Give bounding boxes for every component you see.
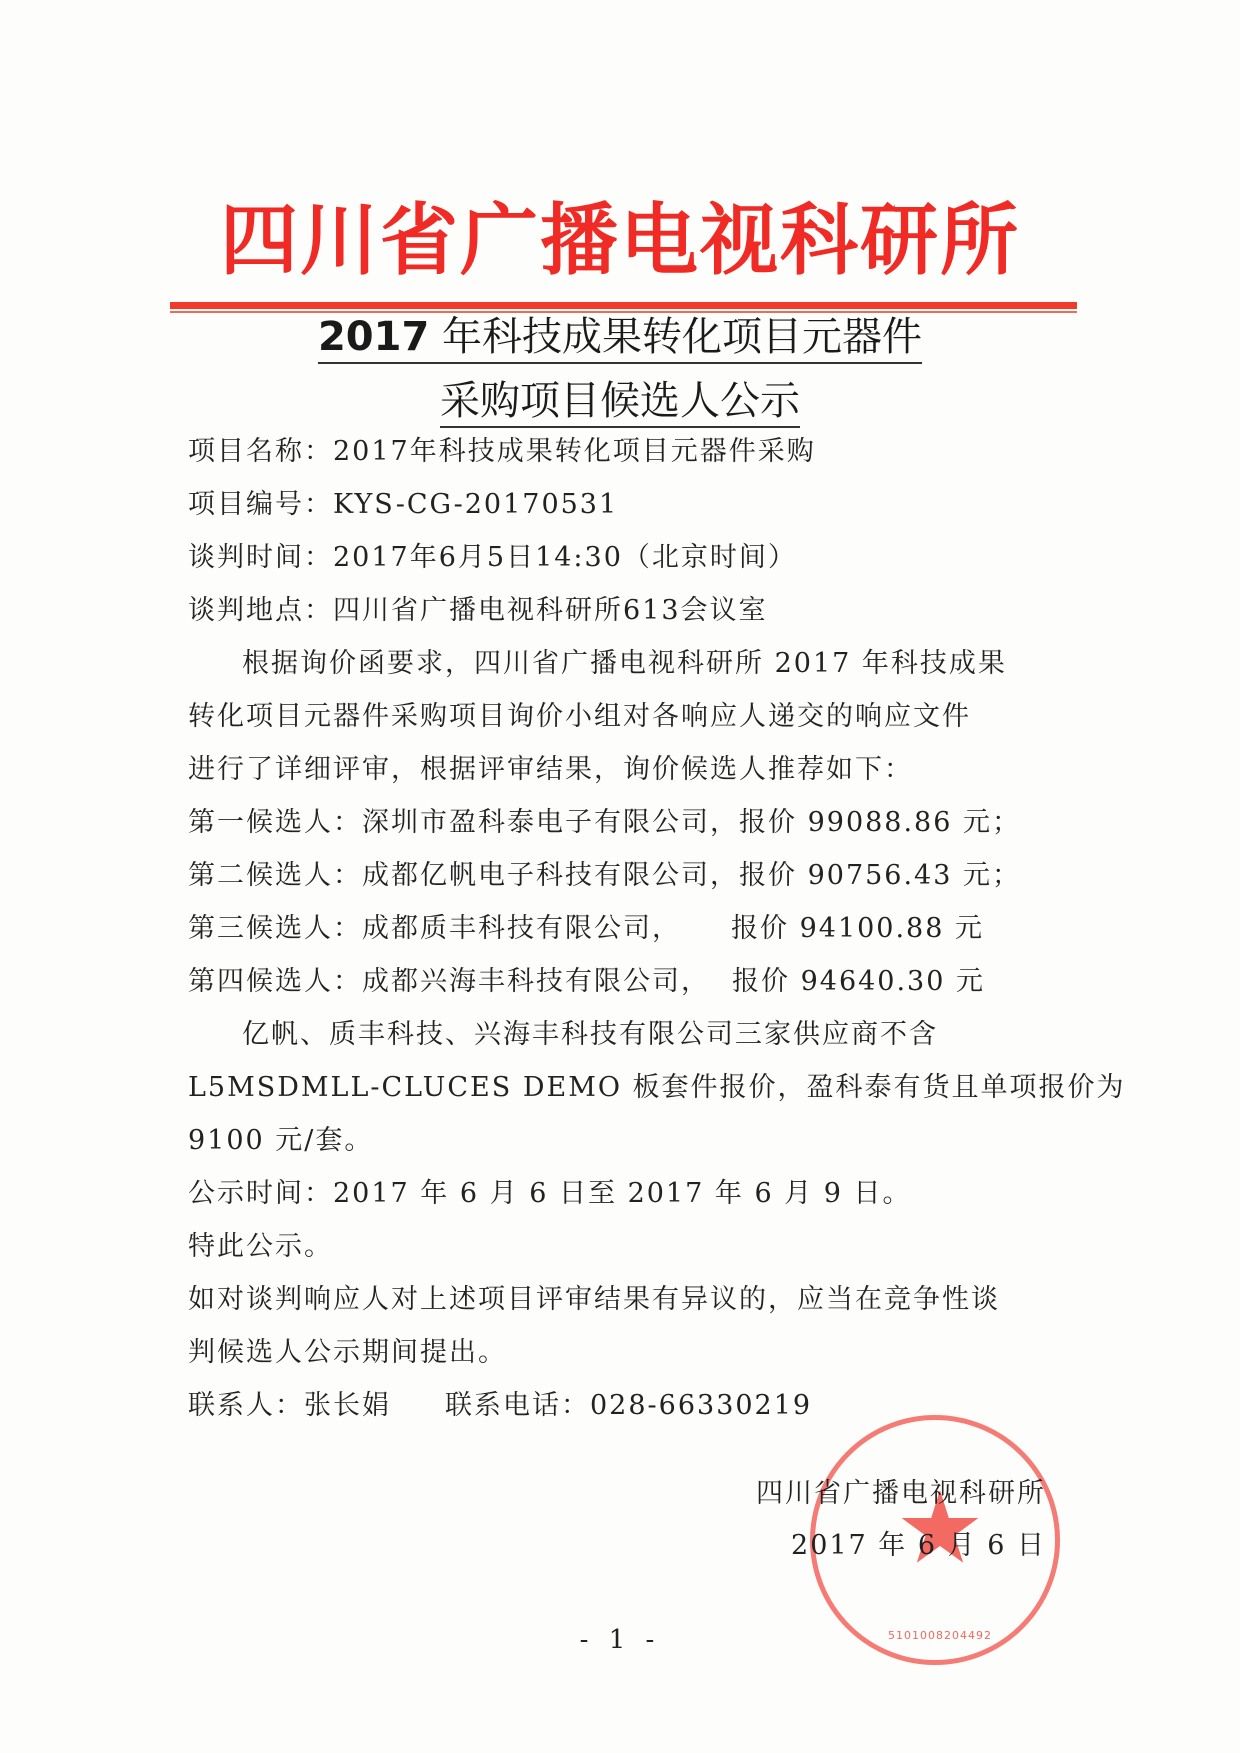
candidate-label: 第一候选人： bbox=[188, 796, 362, 849]
info-project-number: 项目编号：KYS-CG-20170531 bbox=[188, 478, 1058, 531]
title-line2-text: 采购项目候选人公示 bbox=[440, 378, 800, 428]
candidate-label: 第三候选人： bbox=[188, 902, 362, 955]
info-negotiation-place: 谈判地点：四川省广播电视科研所613会议室 bbox=[188, 584, 1058, 637]
info-label: 谈判时间： bbox=[188, 542, 333, 573]
candidate-company: 成都兴海丰科技有限公司， bbox=[362, 955, 710, 1008]
info-value: 2017年6月5日14:30（北京时间） bbox=[333, 542, 797, 573]
candidate-label: 第四候选人： bbox=[188, 955, 362, 1008]
notice-text: 特此公示。 bbox=[188, 1220, 1058, 1273]
candidate-company: 成都亿帆电子科技有限公司， bbox=[362, 849, 739, 902]
letterhead-org-name: 四川省广播电视科研所 bbox=[0, 196, 1240, 286]
candidate-row-2: 第二候选人：成都亿帆电子科技有限公司，报价 90756.43 元； bbox=[188, 849, 1058, 902]
title-line1-text: 年科技成果转化项目元器件 bbox=[442, 314, 922, 360]
candidate-company: 成都质丰科技有限公司， bbox=[362, 902, 681, 955]
signature-date: 2017 年 6 月 6 日 bbox=[700, 1520, 1046, 1572]
intro-line: 转化项目元器件采购项目询价小组对各响应人递交的响应文件 bbox=[188, 690, 1058, 743]
info-value: KYS-CG-20170531 bbox=[333, 489, 618, 520]
note-line: 亿帆、质丰科技、兴海丰科技有限公司三家供应商不含 bbox=[188, 1008, 1058, 1061]
candidate-price: 报价 90756.43 元； bbox=[739, 849, 1021, 902]
contact-person: 张长娟 bbox=[304, 1390, 391, 1421]
contact-phone: 028-66330219 bbox=[590, 1390, 812, 1421]
contact-person-label: 联系人： bbox=[188, 1390, 304, 1421]
signature-block: 四川省广播电视科研所 2017 年 6 月 6 日 bbox=[700, 1468, 1046, 1572]
publicity-period: 公示时间：2017 年 6 月 6 日至 2017 年 6 月 9 日。 bbox=[188, 1167, 1058, 1220]
info-label: 项目编号： bbox=[188, 489, 333, 520]
note-line: L5MSDMLL-CLUCES DEMO 板套件报价，盈科泰有货且单项报价为 bbox=[188, 1061, 1058, 1114]
candidate-row-3: 第三候选人：成都质丰科技有限公司，报价 94100.88 元 bbox=[188, 902, 1058, 955]
candidate-label: 第二候选人： bbox=[188, 849, 362, 902]
note-line: 9100 元/套。 bbox=[188, 1114, 1058, 1167]
intro-line: 进行了详细评审，根据评审结果，询价候选人推荐如下： bbox=[188, 743, 1058, 796]
info-value: 四川省广播电视科研所613会议室 bbox=[333, 595, 768, 626]
document-title-line1: 2017 年科技成果转化项目元器件 bbox=[0, 312, 1240, 362]
candidate-row-4: 第四候选人：成都兴海丰科技有限公司，报价 94640.30 元 bbox=[188, 955, 1058, 1008]
candidate-row-1: 第一候选人：深圳市盈科泰电子有限公司，报价 99088.86 元； bbox=[188, 796, 1058, 849]
document-title-line2: 采购项目候选人公示 bbox=[0, 376, 1240, 426]
candidate-price: 报价 94100.88 元 bbox=[731, 902, 984, 955]
page-number: - 1 - bbox=[0, 1625, 1240, 1655]
info-label: 项目名称： bbox=[188, 436, 333, 467]
objection-line: 判候选人公示期间提出。 bbox=[188, 1326, 1058, 1379]
intro-line: 根据询价函要求，四川省广播电视科研所 2017 年科技成果 bbox=[188, 637, 1058, 690]
candidate-company: 深圳市盈科泰电子有限公司， bbox=[362, 796, 739, 849]
red-header-rule bbox=[170, 302, 1077, 309]
contact-phone-label: 联系电话： bbox=[445, 1390, 590, 1421]
title-year: 2017 bbox=[318, 314, 429, 360]
info-value: 2017年科技成果转化项目元器件采购 bbox=[333, 436, 816, 467]
info-project-name: 项目名称：2017年科技成果转化项目元器件采购 bbox=[188, 425, 1058, 478]
candidate-price: 报价 99088.86 元； bbox=[739, 796, 1021, 849]
candidate-price: 报价 94640.30 元 bbox=[732, 955, 985, 1008]
info-label: 谈判地点： bbox=[188, 595, 333, 626]
objection-line: 如对谈判响应人对上述项目评审结果有异议的，应当在竞争性谈 bbox=[188, 1273, 1058, 1326]
info-negotiation-time: 谈判时间：2017年6月5日14:30（北京时间） bbox=[188, 531, 1058, 584]
document-body: 项目名称：2017年科技成果转化项目元器件采购 项目编号：KYS-CG-2017… bbox=[188, 425, 1058, 1432]
signature-org: 四川省广播电视科研所 bbox=[700, 1468, 1046, 1520]
